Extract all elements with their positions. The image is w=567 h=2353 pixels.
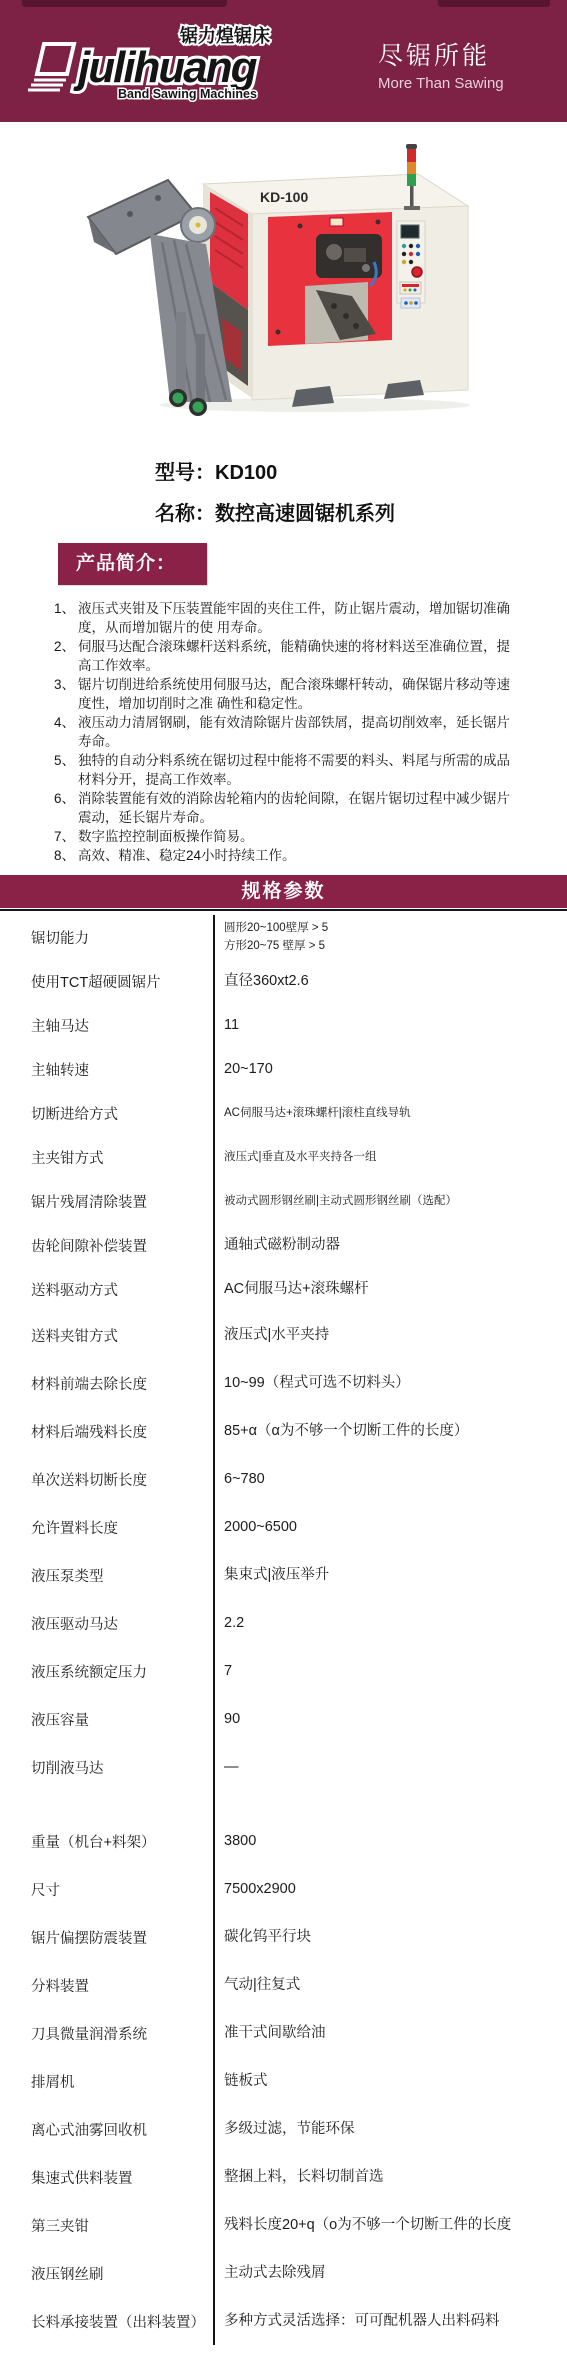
table-row: 切断进给方式 AC伺服马达+滚珠螺杆|滚柱直线导轨 [0,1091,567,1135]
feature-list: 1、 液压式夹钳及下压装置能牢固的夹住工件，防止锯片震动，增加锯切准确度，从而增… [0,599,521,865]
table-row: 液压系统额定压力 7 [0,1647,567,1695]
table-row: 刀具微量润滑系统 准干式间歇给油 [0,2009,567,2057]
table-row: 长料承接装置（出料装置） 多种方式灵活选择：可可配机器人出料码料 [0,2297,567,2345]
spec-label: 使用TCT超硬圆锯片 [0,971,215,992]
spec-label: 主轴转速 [0,1059,215,1080]
spec-value: 圆形20~100壁厚 > 5 方形20~75 壁厚 > 5 [215,919,567,955]
spec-label: 材料前端去除长度 [0,1373,215,1394]
spec-label: 尺寸 [0,1879,215,1900]
table-row: 锯片残屑清除装置 被动式圆形钢丝刷|主动式圆形钢丝刷（选配） [0,1179,567,1223]
book-icon [28,44,74,90]
spec-value: 6~780 [215,1470,567,1488]
control-panel [397,221,425,308]
spec-value: 液压式|垂直及水平夹持各一组 [215,1148,567,1166]
spec-label: 主轴马达 [0,1015,215,1036]
table-row: 主夹钳方式 液压式|垂直及水平夹持各一组 [0,1135,567,1179]
spec-value: AC伺服马达+滚珠螺杆|滚柱直线导轨 [215,1104,567,1122]
table-row: 液压钢丝刷 主动式去除残屑 [0,2249,567,2297]
table-row: 液压驱动马达 2.2 [0,1599,567,1647]
spec-label: 材料后端残料长度 [0,1421,215,1442]
spec-table: 锯切能力 圆形20~100壁厚 > 5 方形20~75 壁厚 > 5 使用TCT… [0,915,567,2345]
spec-label: 液压驱动马达 [0,1613,215,1634]
slogan-cn: 尽锯所能 [378,36,504,72]
feature-text: 伺服马达配合滚珠螺杆送料系统，能精确快速的将材料送至准确位置，提高工作效率。 [78,639,510,673]
spec-value: 主动式去除残屑 [215,2264,567,2282]
spec-value: 90 [215,1710,567,1728]
spec-value: 直径360xt2.6 [215,972,567,990]
feature-number: 7、 [54,827,75,846]
spec-value: 10~99（程式可选不切料头） [215,1374,567,1392]
spec-value: 2000~6500 [215,1518,567,1536]
slogan-en: More Than Sawing [378,75,504,92]
spec-label: 刀具微量润滑系统 [0,2023,215,2044]
table-row: 主轴转速 20~170 [0,1047,567,1091]
spec-label: 切断进给方式 [0,1103,215,1124]
table-row: 齿轮间隙补偿装置 通轴式磁粉制动器 [0,1223,567,1267]
table-row: 单次送料切断长度 6~780 [0,1455,567,1503]
caster-wheel [169,389,187,407]
spec-label: 锯片残屑清除装置 [0,1191,215,1212]
feature-text: 高效、精准、稳定24小时持续工作。 [78,848,296,863]
feature-item: 5、 独特的自动分料系统在锯切过程中能将不需要的料头、料尾与所需的成品材料分开，… [0,751,521,789]
feature-item: 1、 液压式夹钳及下压装置能牢固的夹住工件，防止锯片震动，增加锯切准确度，从而增… [0,599,521,637]
table-row: 允许置料长度 2000~6500 [0,1503,567,1551]
feature-text: 消除装置能有效的消除齿轮箱内的齿轮间隙，在锯片锯切过程中减少锯片震动，延长锯片寿… [78,791,510,825]
feature-item: 4、 液压动力清屑钢刷，能有效清除锯片齿部铁屑，提高切削效率，延长锯片寿命。 [0,713,521,751]
spec-label: 允许置料长度 [0,1517,215,1538]
table-row: 液压泵类型 集束式|液压举升 [0,1551,567,1599]
header-top-decoration-right [438,0,550,7]
table-row: 锯切能力 圆形20~100壁厚 > 5 方形20~75 壁厚 > 5 [0,915,567,959]
specs-title-band: 规格参数 [0,875,567,908]
spec-value: 集束式|液压举升 [215,1566,567,1584]
page-header: 锯力煌锯床 julihuang Band Sawing Machines 尽锯所… [0,0,567,122]
spec-value: — [215,1758,567,1776]
feature-number: 1、 [54,599,75,618]
spec-label: 齿轮间隙补偿装置 [0,1235,215,1256]
table-row: 送料驱动方式 AC伺服马达+滚珠螺杆 [0,1267,567,1311]
spec-value: 通轴式磁粉制动器 [215,1236,567,1254]
spec-value: 碳化钨平行块 [215,1928,567,1946]
spec-value: 7 [215,1662,567,1680]
table-row: 送料夹钳方式 液压式|水平夹持 [0,1311,567,1359]
spec-label: 主夹钳方式 [0,1147,215,1168]
spec-label: 切削液马达 [0,1757,215,1778]
spec-value: 多级过滤，节能环保 [215,2120,567,2138]
header-slogan: 尽锯所能 More Than Sawing [378,36,504,92]
spec-value: 3800 [215,1832,567,1850]
feature-number: 8、 [54,846,75,865]
emergency-stop-button [412,267,422,277]
feature-number: 3、 [54,675,75,694]
spec-value: 残料长度20+q（o为不够一个切断工件的长度 [215,2216,567,2234]
spec-value: 链板式 [215,2072,567,2090]
spec-label: 液压系统额定压力 [0,1661,215,1682]
feature-number: 2、 [54,637,75,656]
spec-value: 多种方式灵活选择：可可配机器人出料码料 [215,2312,567,2330]
infeed-conveyor [88,180,232,416]
feature-item: 7、 数字监控控制面板操作简易。 [0,827,521,846]
spec-label: 液压容量 [0,1709,215,1730]
spec-label: 单次送料切断长度 [0,1469,215,1490]
spec-label: 送料夹钳方式 [0,1325,215,1346]
feature-number: 4、 [54,713,75,732]
spec-label: 第三夹钳 [0,2215,215,2236]
feature-number: 5、 [54,751,75,770]
spec-value: AC伺服马达+滚珠螺杆 [215,1280,567,1298]
spec-value: 被动式圆形钢丝刷|主动式圆形钢丝刷（选配） [215,1192,567,1210]
spec-label: 液压钢丝刷 [0,2263,215,2284]
spec-label: 长料承接装置（出料装置） [0,2311,215,2332]
spec-label: 排屑机 [0,2071,215,2092]
feature-text: 锯片切削进给系统使用伺服马达，配合滚珠螺杆转动，确保锯片移动等速度性，增加切削时… [78,677,510,711]
product-name-line: 名称：数控高速圆锯机系列 [155,497,395,526]
table-row: 第三夹钳 残料长度20+q（o为不够一个切断工件的长度 [0,2201,567,2249]
table-row: 排屑机 链板式 [0,2057,567,2105]
table-row: 主轴马达 11 [0,1003,567,1047]
table-row: 集速式供料装置 整捆上料，长料切制首选 [0,2153,567,2201]
material-outfeed [305,282,376,344]
spec-label: 集速式供料装置 [0,2167,215,2188]
spec-value: 整捆上料，长料切制首选 [215,2168,567,2186]
feature-item: 3、 锯片切削进给系统使用伺服马达，配合滚珠螺杆转动，确保锯片移动等速度性，增加… [0,675,521,713]
spec-value: 液压式|水平夹持 [215,1326,567,1344]
caster-wheel [189,398,207,416]
spec-label: 锯片偏摆防震装置 [0,1927,215,1948]
feature-number: 6、 [54,789,75,808]
spec-label: 分料装置 [0,1975,215,1996]
table-row: 锯片偏摆防震装置 碳化钨平行块 [0,1913,567,1961]
spec-value: 2.2 [215,1614,567,1632]
machine-body: KD-100 [203,174,468,407]
brand-logo: 锯力煌锯床 julihuang Band Sawing Machines [20,12,365,110]
table-column-divider [213,915,215,2345]
spec-value: 20~170 [215,1060,567,1078]
feature-text: 液压动力清屑钢刷，能有效清除锯片齿部铁屑，提高切削效率，延长锯片寿命。 [78,715,510,749]
table-row: 材料前端去除长度 10~99（程式可选不切料头） [0,1359,567,1407]
spec-value: 7500x2900 [215,1880,567,1898]
feature-text: 液压式夹钳及下压装置能牢固的夹住工件，防止锯片震动，增加锯切准确度，从而增加锯片… [78,601,510,635]
spec-label: 锯切能力 [0,927,215,948]
model-number-line: 型号：KD100 [155,456,277,485]
table-row: 切削液马达 — [0,1743,567,1791]
table-row: 液压容量 90 [0,1695,567,1743]
spec-value: 85+α（α为不够一个切断工件的长度） [215,1422,567,1440]
machine-illustration: KD-100 [0,122,567,417]
feature-item: 2、 伺服马达配合滚珠螺杆送料系统，能精确快速的将材料送至准确位置，提高工作效率… [0,637,521,675]
table-row: 材料后端残料长度 85+α（α为不够一个切断工件的长度） [0,1407,567,1455]
table-row: 使用TCT超硬圆锯片 直径360xt2.6 [0,959,567,1003]
feature-text: 数字监控控制面板操作简易。 [78,829,254,844]
product-photo: KD-100 [0,122,567,417]
feature-item: 6、 消除装置能有效的消除齿轮箱内的齿轮间隙，在锯片锯切过程中减少锯片震动，延长… [0,789,521,827]
spec-label: 液压泵类型 [0,1565,215,1586]
spec-label: 重量（机台+料架） [0,1831,215,1852]
feature-item: 8、 高效、精准、稳定24小时持续工作。 [0,846,521,865]
header-top-decoration-left [22,0,227,7]
intro-title-badge: 产品简介： [58,543,207,585]
table-row: 重量（机台+料架） 3800 [0,1817,567,1865]
spec-value: 准干式间歇给油 [215,2024,567,2042]
spec-label: 离心式油雾回收机 [0,2119,215,2140]
specs-divider-rule [0,909,567,911]
spec-label: 送料驱动方式 [0,1279,215,1300]
logo-brand-text: julihuang [73,43,258,92]
machine-model-label: KD-100 [260,189,308,205]
table-row: 尺寸 7500x2900 [0,1865,567,1913]
spec-value: 11 [215,1016,567,1034]
feature-text: 独特的自动分料系统在锯切过程中能将不需要的料头、料尾与所需的成品材料分开，提高工… [78,753,510,787]
table-row: 离心式油雾回收机 多级过滤，节能环保 [0,2105,567,2153]
spec-value: 气动|往复式 [215,1976,567,1994]
logo-sub-text: Band Sawing Machines [118,87,257,101]
table-row: 分料装置 气动|往复式 [0,1961,567,2009]
